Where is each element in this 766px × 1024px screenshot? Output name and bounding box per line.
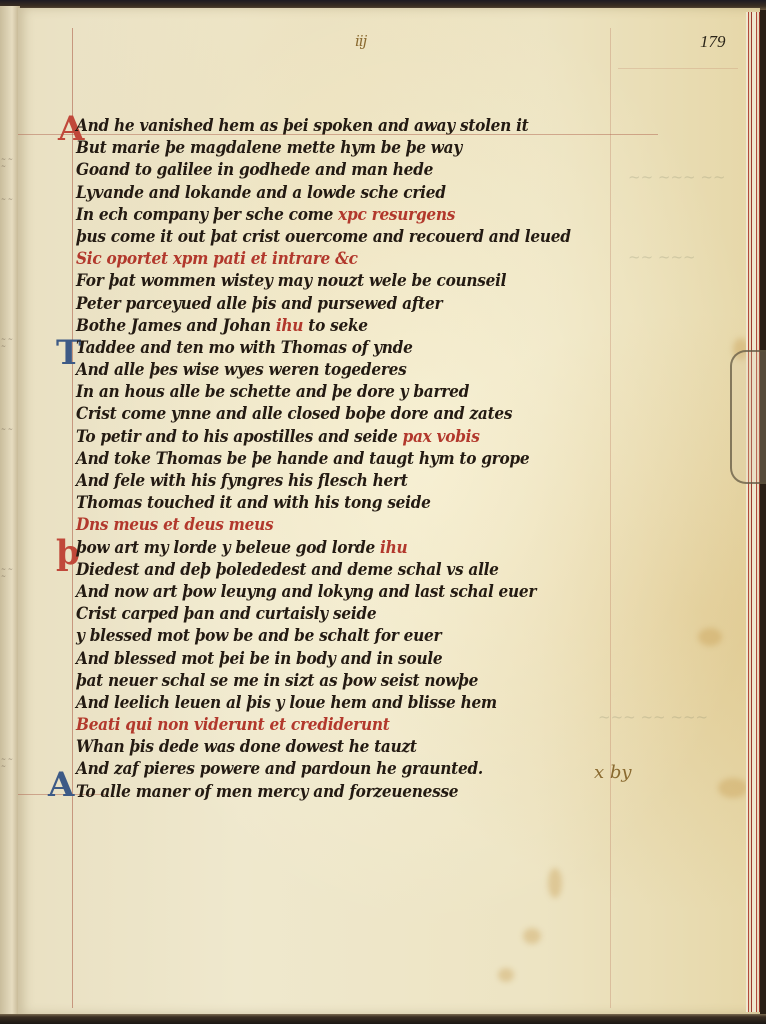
text-line-17: And fele with his fyngres his flesch her… xyxy=(76,470,634,492)
text-line-13: In an hous alle be schette and þe dore y… xyxy=(76,381,634,403)
text-line-15: To petir and to his apostilles and seide… xyxy=(76,426,634,448)
text-line-22: And now art þow leuyng and lokyng and la… xyxy=(76,581,634,603)
previous-leaf-text-fragment: ~ ~ xyxy=(1,196,19,203)
text-line-29: Whan þis dede was done dowest he tauzt xyxy=(76,736,634,758)
previous-leaf-text-fragment: ~ ~ ~ xyxy=(1,566,19,580)
text-line-11: Taddee and ten mo with Thomas of ynde xyxy=(76,337,634,359)
binding-bottom-edge xyxy=(0,1014,766,1024)
foxing-stain xyxy=(718,778,748,798)
previous-leaf-text-fragment: ~ ~ ~ xyxy=(1,336,19,350)
text-line-24: y blessed mot þow be and be schalt for e… xyxy=(76,625,634,647)
margin-ruling-line xyxy=(618,68,738,69)
rubric-nomen-sacrum: ihu xyxy=(380,538,407,557)
foxing-stain xyxy=(698,628,722,646)
text-line-28-rubric: Beati qui non viderunt et crediderunt xyxy=(76,714,634,736)
text-line-3: Goand to galilee in godhede and man hede xyxy=(76,159,634,181)
text-line-16: And toke Thomas be þe hande and taugt hy… xyxy=(76,448,634,470)
text-line-26: þat neuer schal se me in sizt as þow sei… xyxy=(76,670,634,692)
marginal-annotation: x by xyxy=(594,762,632,783)
folio-number: 179 xyxy=(700,32,726,52)
text-line-21: Diedest and deþ þolededest and deme scha… xyxy=(76,559,634,581)
left-ruling-line xyxy=(72,28,73,1008)
text-line-6: þus come it out þat crist ouercome and r… xyxy=(76,226,634,248)
rubric-nomen-sacrum: ihu xyxy=(276,316,303,335)
main-text-block: And he vanished hem as þei spoken and aw… xyxy=(76,115,676,803)
previous-leaf-text-fragment: ~ ~ ~ xyxy=(1,156,19,170)
text-line-20: þow art my lorde y beleue god lorde ihu xyxy=(76,537,634,559)
text-line-9: Peter parceyued alle þis and pursewed af… xyxy=(76,293,634,315)
previous-leaf-edge: ~ ~ ~ ~ ~ ~ ~ ~ ~ ~ ~ ~ ~ ~ ~ ~ xyxy=(0,6,20,1018)
text-line-8: For þat wommen wistey may nouzt wele be … xyxy=(76,270,634,292)
text-line-10: Bothe James and Johan ihu to seke xyxy=(76,315,634,337)
page-tab-marker[interactable] xyxy=(730,350,766,484)
text-line-4: Lyvande and lokande and a lowde sche cri… xyxy=(76,182,634,204)
foxing-stain xyxy=(498,968,514,982)
text-line-2: But marie þe magdalene mette hym be þe w… xyxy=(76,137,634,159)
initial-a-blue: A xyxy=(48,768,74,802)
text-line-30: And zaf pieres powere and pardoun he gra… xyxy=(76,758,634,780)
text-line-7-rubric: Sic oportet xpm pati et intrare &c xyxy=(76,248,634,270)
text-line-5: In ech company þer sche come xpc resurge… xyxy=(76,204,634,226)
rubric-latin: pax vobis xyxy=(403,427,480,446)
page-block-edges xyxy=(746,12,760,1012)
rubric-latin: xpc resurgens xyxy=(338,205,455,224)
text-line-19-rubric: Dns meus et deus meus xyxy=(76,514,634,536)
previous-leaf-text-fragment: ~ ~ ~ xyxy=(1,756,19,770)
foxing-stain xyxy=(523,928,541,944)
text-line-12: And alle þes wise wyes weren togederes xyxy=(76,359,634,381)
text-line-27: And leelich leuen al þis y loue hem and … xyxy=(76,692,634,714)
text-line-23: Crist carped þan and curtaisly seide xyxy=(76,603,634,625)
text-line-14: Crist come ynne and alle closed boþe dor… xyxy=(76,403,634,425)
quire-signature: iij xyxy=(355,32,366,50)
text-line-31: To alle maner of men mercy and forzeuene… xyxy=(76,781,634,803)
text-line-1: And he vanished hem as þei spoken and aw… xyxy=(76,115,634,137)
foxing-stain xyxy=(548,868,562,898)
text-line-18: Thomas touched it and with his tong seid… xyxy=(76,492,634,514)
previous-leaf-text-fragment: ~ ~ xyxy=(1,426,19,433)
text-line-25: And blessed mot þei be in body and in so… xyxy=(76,648,634,670)
